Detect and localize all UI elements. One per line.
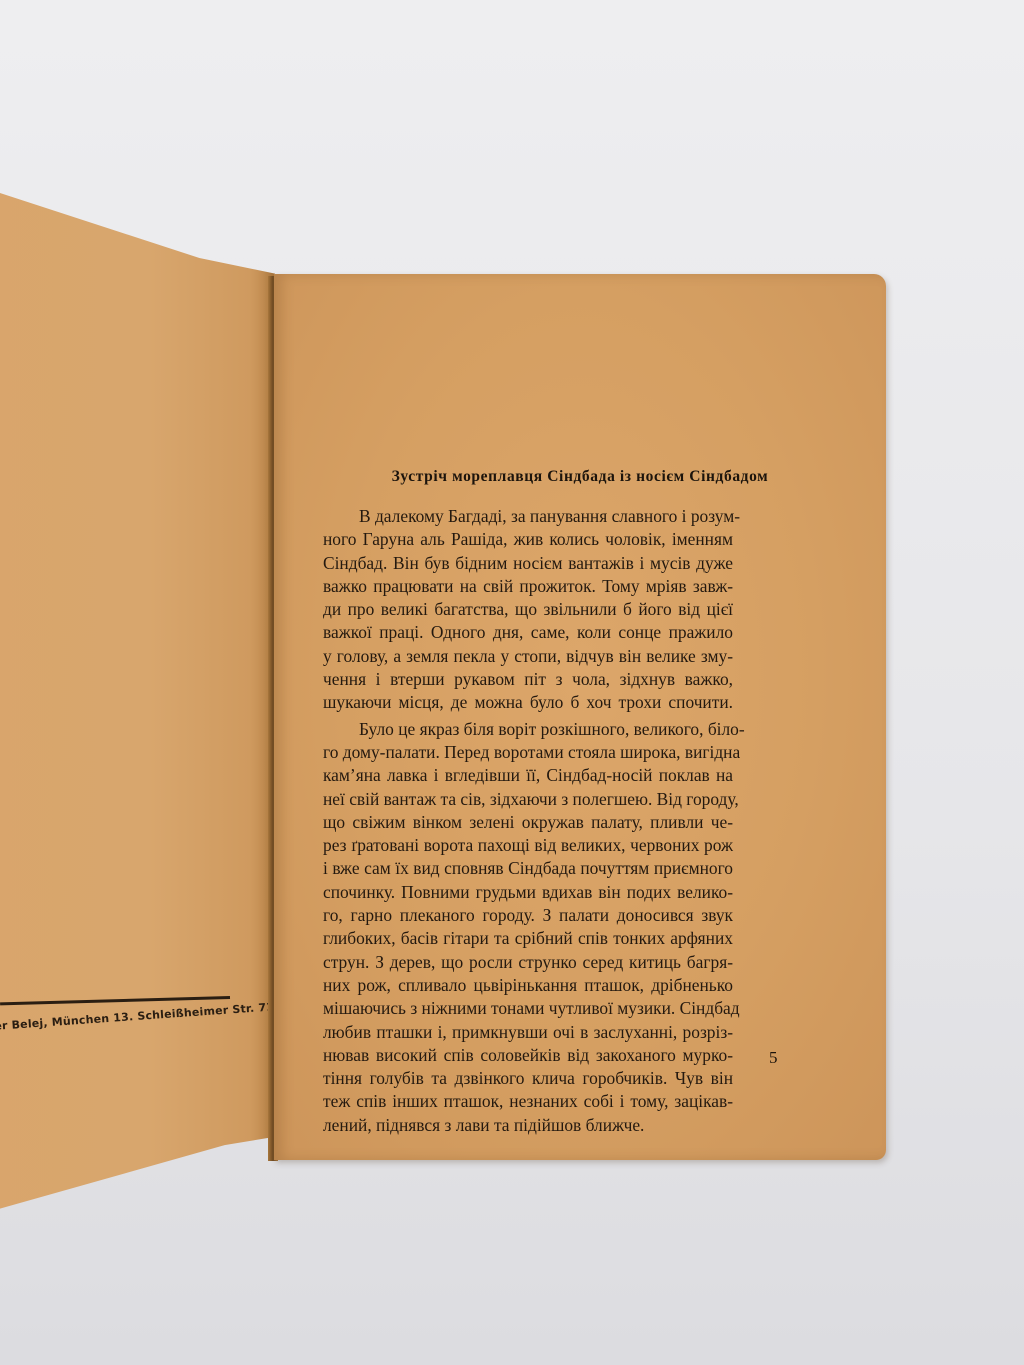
right-page: Зустріч мореплавця Сіндбада із носієм Сі… [274, 274, 886, 1160]
text-line: шукаючи місця, де можна було б хоч трохи… [323, 691, 733, 714]
text-line: кам’яна лавка і вгледівши її, Сіндбад-но… [323, 764, 733, 787]
text-line: мішаючись з ніжними тонами чутливої музи… [323, 997, 733, 1020]
text-line: В далекому Багдаді, за панування славног… [323, 505, 733, 528]
text-line: важко працювати на свій прожиток. Тому м… [323, 575, 733, 598]
text-line: струн. З дерев, що росли струнко серед к… [323, 951, 733, 974]
text-line: чення і втерши рукавом піт з чола, зідхн… [323, 668, 733, 691]
text-line: го дому-палати. Перед воротами стояла ши… [323, 741, 733, 764]
left-page [0, 180, 275, 1220]
text-line: що свіжим вінком зелені окружав палату, … [323, 811, 733, 834]
text-line: важкої праці. Одного дня, саме, коли сон… [323, 621, 733, 644]
text-line: нював високий спів соловейків від закоха… [323, 1044, 733, 1067]
text-line: Було це якраз біля воріт розкішного, вел… [323, 718, 733, 741]
paragraph-2: Було це якраз біля воріт розкішного, вел… [323, 718, 733, 1137]
text-line: і вже сам їх вид сповняв Сіндбада почутт… [323, 857, 733, 880]
text-line: лений, піднявся з лави та підійшов ближч… [323, 1114, 733, 1137]
text-line: рез ґратовані ворота пахощі від великих,… [323, 834, 733, 857]
body-text: В далекому Багдаді, за панування славног… [323, 505, 733, 1137]
paragraph-1: В далекому Багдаді, за панування славног… [323, 505, 733, 715]
text-line: ди про великі багатства, що звільнили б … [323, 598, 733, 621]
text-line: теж спів інших пташок, незнаних собі і т… [323, 1090, 733, 1113]
text-line: го, гарно плеканого городу. З палати дон… [323, 904, 733, 927]
text-line: них рож, спливало цьвірінькання пташок, … [323, 974, 733, 997]
text-line: спочинку. Повними грудьми вдихав він под… [323, 881, 733, 904]
text-line: неї свій вантаж та сів, зідхаючи з полег… [323, 788, 733, 811]
text-line: ного Гаруна аль Рашіда, жив колись чолов… [323, 528, 733, 551]
text-line: Сіндбад. Він був бідним носієм вантажів … [323, 552, 733, 575]
text-line: тіння голубів та дзвінкого клича горобчи… [323, 1067, 733, 1090]
text-line: глибоких, басів гітари та срібний спів т… [323, 927, 733, 950]
chapter-title: Зустріч мореплавця Сіндбада із носієм Сі… [370, 468, 790, 486]
text-line: любив пташки і, примкнувши очі в заслуха… [323, 1021, 733, 1044]
text-line: у голову, а земля пекла у стопи, відчув … [323, 645, 733, 668]
page-number: 5 [769, 1048, 778, 1068]
